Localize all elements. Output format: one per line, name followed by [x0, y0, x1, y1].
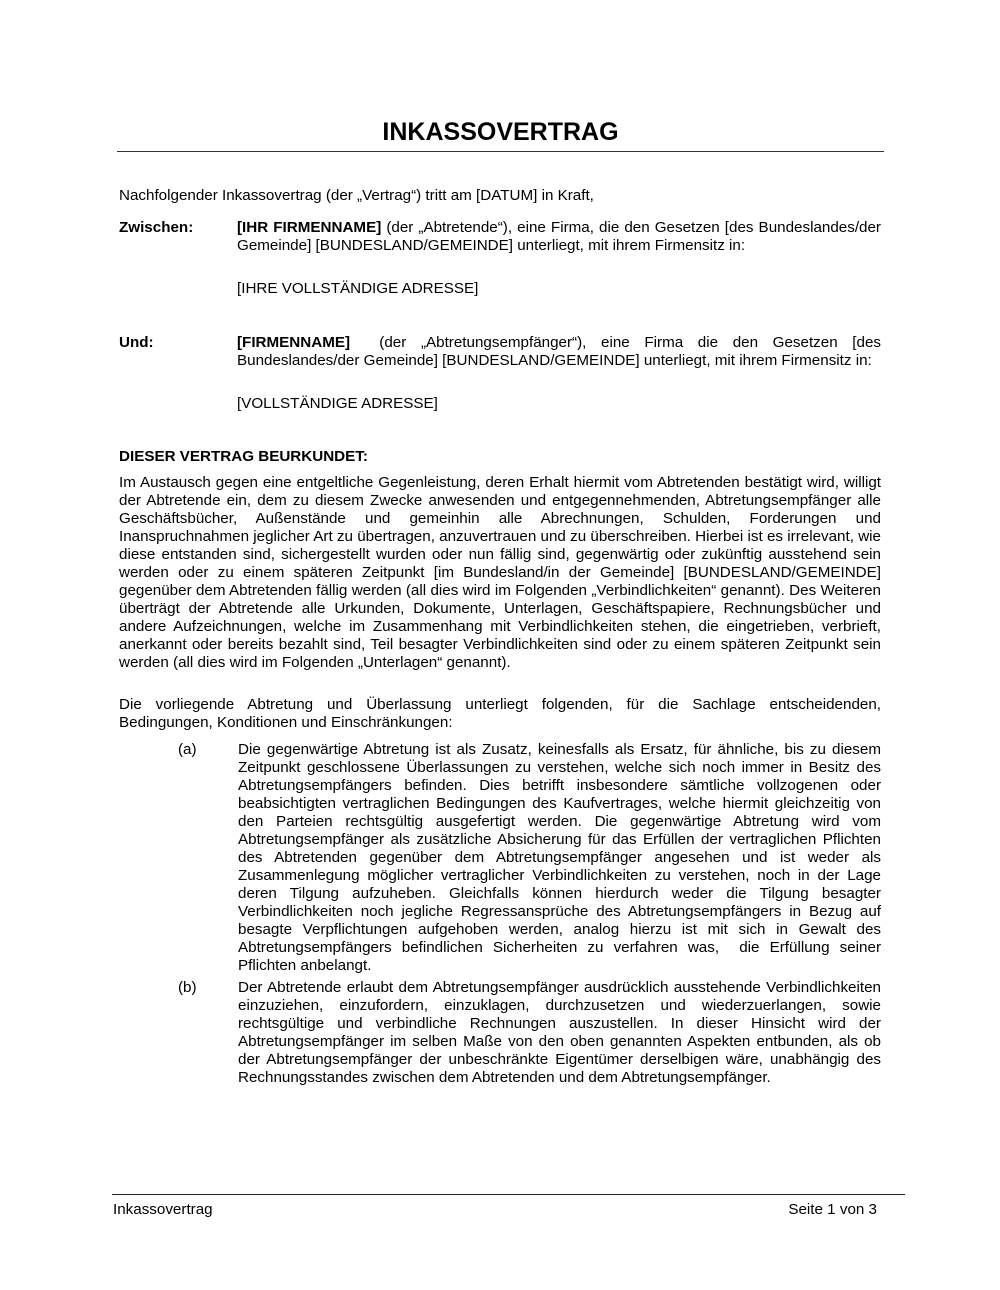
- party-description: [FIRMENNAME] (der „Abtretungsempfänger“)…: [237, 334, 881, 370]
- item-marker: (a): [178, 741, 197, 759]
- document-page: INKASSOVERTRAG Nachfolgender Inkassovert…: [0, 0, 1000, 1290]
- footer-page-number: Seite 1 von 3: [788, 1201, 877, 1218]
- paragraph-main: Im Austausch gegen eine entgeltliche Geg…: [119, 474, 881, 672]
- party-name: [IHR FIRMENNAME]: [237, 219, 381, 236]
- title-underline: [117, 151, 884, 152]
- footer-document-name: Inkassovertrag: [113, 1201, 213, 1218]
- item-text: Die gegenwärtige Abtretung ist als Zusat…: [238, 741, 881, 975]
- item-marker: (b): [178, 979, 197, 997]
- document-title: INKASSOVERTRAG: [117, 118, 884, 147]
- party-description: [IHR FIRMENNAME] (der „Abtretende“), ein…: [237, 219, 881, 255]
- party-label: Zwischen:: [119, 219, 193, 237]
- party-address: [VOLLSTÄNDIGE ADRESSE]: [237, 395, 438, 413]
- party-name: [FIRMENNAME]: [237, 334, 350, 351]
- intro-sentence: Nachfolgender Inkassovertrag (der „Vertr…: [119, 187, 889, 205]
- party-address: [IHRE VOLLSTÄNDIGE ADRESSE]: [237, 280, 478, 298]
- party-label: Und:: [119, 334, 154, 352]
- paragraph-conditions: Die vorliegende Abtretung und Überlassun…: [119, 696, 881, 732]
- section-heading: DIESER VERTRAG BEURKUNDET:: [119, 448, 368, 465]
- item-text: Der Abtretende erlaubt dem Abtretungsemp…: [238, 979, 881, 1087]
- footer-rule: [112, 1194, 905, 1195]
